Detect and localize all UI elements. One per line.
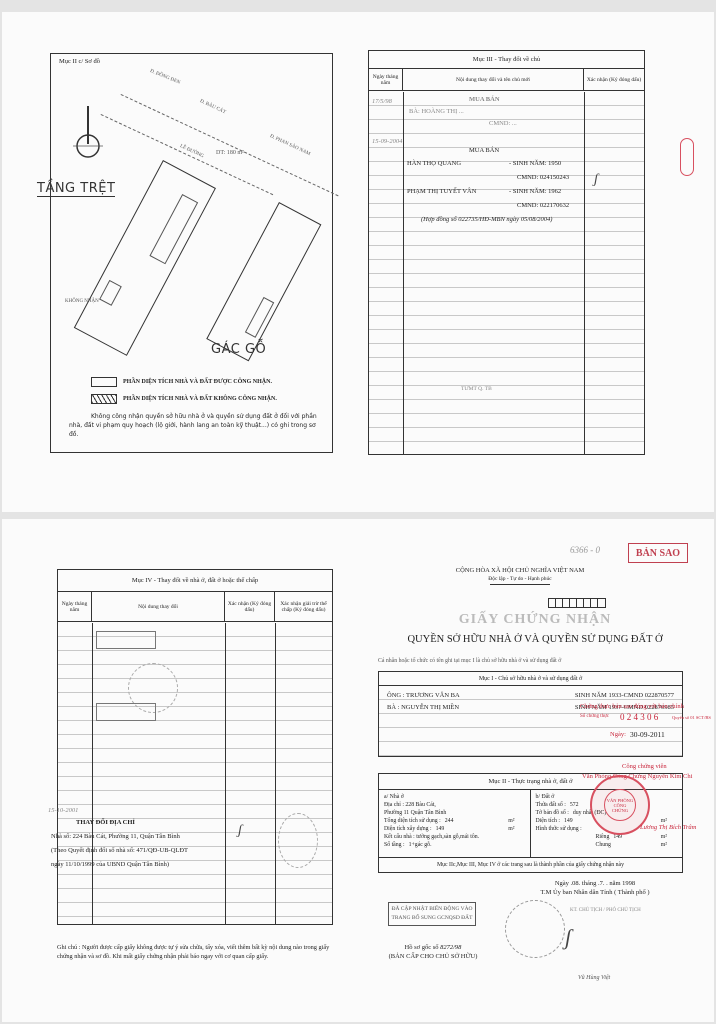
entry-type: MUA BÁN bbox=[469, 96, 500, 103]
dossier-note: (BẢN CẤP CHO CHỦ SỞ HỮU) bbox=[383, 952, 483, 961]
owner-name: HÀN THỌ QUANG bbox=[407, 160, 461, 167]
faded-seal bbox=[278, 813, 318, 868]
issue-date: Ngày .08. tháng .7. . năm 1998 bbox=[500, 879, 690, 888]
nation-motto: Độc lập - Tự do - Hạnh phúc bbox=[420, 576, 620, 582]
entry-date: 17/5/98 bbox=[372, 98, 392, 105]
update-stamp: ĐÃ CẬP NHẬT BIẾN ĐỘNG VÀO TRANG BỔ SUNG … bbox=[388, 902, 476, 926]
owners-section-title: Mục I - Chủ sở hữu nhà ở và sử dụng đất … bbox=[379, 672, 682, 686]
owner-info: - SINH NĂM: 1962 bbox=[509, 188, 561, 195]
column-header: Nội dung thay đổi và tên chủ mới bbox=[403, 69, 584, 90]
copy-stamp: BẢN SAO bbox=[628, 543, 688, 563]
address-change-line: Nhà số: 224 Bàu Cát, Phường 11, Quận Tân… bbox=[51, 833, 180, 840]
address-change-line: (Theo Quyết định đổi số nhà số: 471/QĐ-U… bbox=[51, 847, 188, 854]
nation-header: CỘNG HÒA XÃ HỘI CHỦ NGHĨA VIỆT NAM bbox=[420, 567, 620, 574]
notary-number-label: Số chứng thực bbox=[580, 714, 609, 719]
certificate-subtitle: QUYỀN SỞ HỮU NHÀ Ở VÀ QUYỀN SỬ DỤNG ĐẤT … bbox=[370, 634, 700, 645]
entry-line: BÀ: HOÀNG THỊ ... bbox=[409, 108, 464, 115]
owner-changes-header: Ngày tháng năm Nội dung thay đổi và tên … bbox=[369, 69, 644, 91]
mezzanine-plan bbox=[206, 202, 321, 361]
notary-number: 0 2 4 3 0 6 bbox=[620, 712, 658, 722]
entry-date: 15-09-2004 bbox=[372, 138, 402, 145]
owner-changes-page: Mục III - Thay đổi về chủ Ngày tháng năm… bbox=[368, 50, 645, 455]
divider bbox=[490, 584, 550, 585]
entry-date: 15-10-2001 bbox=[48, 807, 78, 814]
notary-certify-line: Chứng thực bản sao đúng với bản chính bbox=[580, 703, 684, 710]
legend-recognized: PHẦN DIỆN TÍCH NHÀ VÀ ĐẤT ĐƯỢC CÔNG NHẬN… bbox=[91, 377, 272, 387]
owner-changes-title: Mục III - Thay đổi về chủ bbox=[369, 51, 644, 69]
column-header: Xác nhận (Ký đóng dấu) bbox=[225, 592, 275, 621]
owner-info: - SINH NĂM: 1950 bbox=[509, 160, 561, 167]
road-label: Đ. PHAN SÀO NAM bbox=[269, 134, 311, 157]
faded-stamp bbox=[96, 703, 156, 721]
floors: 1+gác gỗ. bbox=[409, 841, 432, 849]
dossier-number: 8272/98 bbox=[440, 944, 461, 951]
address-change-title: THAY ĐỔI ĐỊA CHỈ bbox=[76, 819, 135, 826]
house-structure: Kết cấu nhà : tường gạch,sàn gỗ,mái tôn. bbox=[384, 833, 525, 841]
column-header: Nội dung thay đổi bbox=[92, 592, 225, 621]
contract-reference: (Hợp đồng số 022735/HĐ-MBN ngày 05/08/20… bbox=[421, 216, 552, 223]
entry-line: CMND: ... bbox=[489, 120, 517, 127]
notary-role: Công chứng viên bbox=[622, 763, 667, 770]
plot-number: 572 bbox=[570, 801, 579, 809]
address-change-line: ngày 11/10/1999 của UBND Quận Tân Bình) bbox=[51, 861, 169, 868]
notary-signer: Lương Thị Bích Trâm bbox=[640, 824, 696, 831]
floor-label-ground: TẦNG TRỆT bbox=[37, 181, 115, 197]
property-changes-header: Ngày tháng năm Nội dung thay đổi Xác nhậ… bbox=[58, 592, 332, 622]
issue-date-block: Ngày .08. tháng .7. . năm 1998 T.M Ủy ba… bbox=[500, 879, 690, 897]
site-sketch-page: Mục II c/ Sơ đồ Đ. ĐỒNG ĐEN Đ. BÀU CÁT Đ… bbox=[50, 53, 333, 453]
empty-box-icon bbox=[91, 377, 117, 387]
built-area: 149 bbox=[436, 825, 445, 833]
owner-row: ÔNG : TRƯƠNG VĂN BA SINH NĂM 1933-CMND 0… bbox=[387, 692, 674, 699]
owner-info: CMND: 022170632 bbox=[517, 202, 569, 209]
house-ward: Phường 11 Quận Tân Bình bbox=[384, 809, 525, 817]
column-header: Xác nhận (Ký đóng dấu) bbox=[584, 69, 644, 90]
total-area: 244 bbox=[445, 817, 454, 825]
house-info: a/ Nhà ở Địa chỉ : 228 Bàu Cát, Phường 1… bbox=[379, 790, 531, 857]
north-compass-icon bbox=[73, 104, 103, 164]
road-label: Đ. ĐỒNG ĐEN bbox=[149, 69, 181, 86]
faded-stamp bbox=[96, 631, 156, 649]
footnote: Ghi chú : Người được cấp giấy không được… bbox=[57, 943, 337, 961]
handwritten-number: 6366 - 0 bbox=[570, 545, 600, 555]
government-seal bbox=[505, 900, 565, 958]
plan-note: KHÔNG NHẬN bbox=[65, 299, 99, 304]
land-area: 149 bbox=[564, 817, 573, 825]
signer-name: Vũ Hùng Việt bbox=[578, 975, 610, 981]
dossier-block: Hồ sơ gốc số 8272/98 (BẢN CẤP CHO CHỦ SỞ… bbox=[383, 943, 483, 961]
issuing-authority: T.M Ủy ban Nhân dân Tỉnh ( Thành phố ) bbox=[500, 888, 690, 897]
signature: ʃ bbox=[565, 925, 571, 951]
faint-note: TƯMT Q. TB bbox=[461, 386, 492, 392]
property-changes-body: 15-10-2001 THAY ĐỔI ĐỊA CHỈ Nhà số: 224 … bbox=[58, 623, 332, 924]
column-header: Ngày tháng năm bbox=[58, 592, 92, 621]
column-header: Xác nhận giải trừ thế chấp (Ký đóng dấu) bbox=[275, 592, 332, 621]
property-changes-page: Mục IV - Thay đổi về nhà ở, đất ở hoặc t… bbox=[57, 569, 333, 925]
owner-changes-body: 17/5/98 MUA BÁN BÀ: HOÀNG THỊ ... CMND: … bbox=[369, 92, 644, 454]
owner-name: PHẠM THỊ TUYẾT VÂN bbox=[407, 188, 476, 195]
property-status-footer: Mục IIc,Mục III, Mục IV ở các trang sau … bbox=[379, 858, 682, 872]
certificate-intro: Cá nhân hoặc tổ chức có tên ghi tại mục … bbox=[378, 658, 561, 664]
column-header: Ngày tháng năm bbox=[369, 69, 403, 90]
house-address: Địa chỉ : 228 Bàu Cát, bbox=[384, 801, 525, 809]
entry-type: MUA BÁN bbox=[469, 147, 499, 154]
property-changes-title: Mục IV - Thay đổi về nhà ở, đất ở hoặc t… bbox=[58, 570, 332, 592]
notary-date: 30-09-2011 bbox=[630, 730, 665, 739]
hatched-box-icon bbox=[91, 394, 117, 404]
notary-date-label: Ngày: bbox=[610, 731, 626, 738]
signature: ʃ bbox=[238, 823, 242, 839]
signature: ʃ bbox=[594, 172, 598, 188]
serial-number-boxes bbox=[548, 598, 606, 608]
notary-book: Quyển số 01 SCT/BS bbox=[672, 715, 711, 720]
legend-not-recognized: PHẦN DIỆN TÍCH NHÀ VÀ ĐẤT KHÔNG CÔNG NHẬ… bbox=[91, 394, 277, 404]
sketch-section-title: Mục II c/ Sơ đồ bbox=[59, 58, 100, 65]
certificate-title: GIẤY CHỨNG NHẬN bbox=[380, 612, 690, 628]
signer-title: KT. CHỦ TỊCH / PHÓ CHỦ TỊCH bbox=[570, 908, 641, 913]
sketch-note: Không công nhận quyền sở hữu nhà ở và qu… bbox=[69, 412, 322, 439]
plan-note: DT: 180 m² bbox=[216, 150, 244, 156]
owner-info: CMND: 024150243 bbox=[517, 174, 569, 181]
red-stamp-edge bbox=[680, 138, 694, 176]
road-label: Đ. BÀU CÁT bbox=[199, 99, 226, 115]
